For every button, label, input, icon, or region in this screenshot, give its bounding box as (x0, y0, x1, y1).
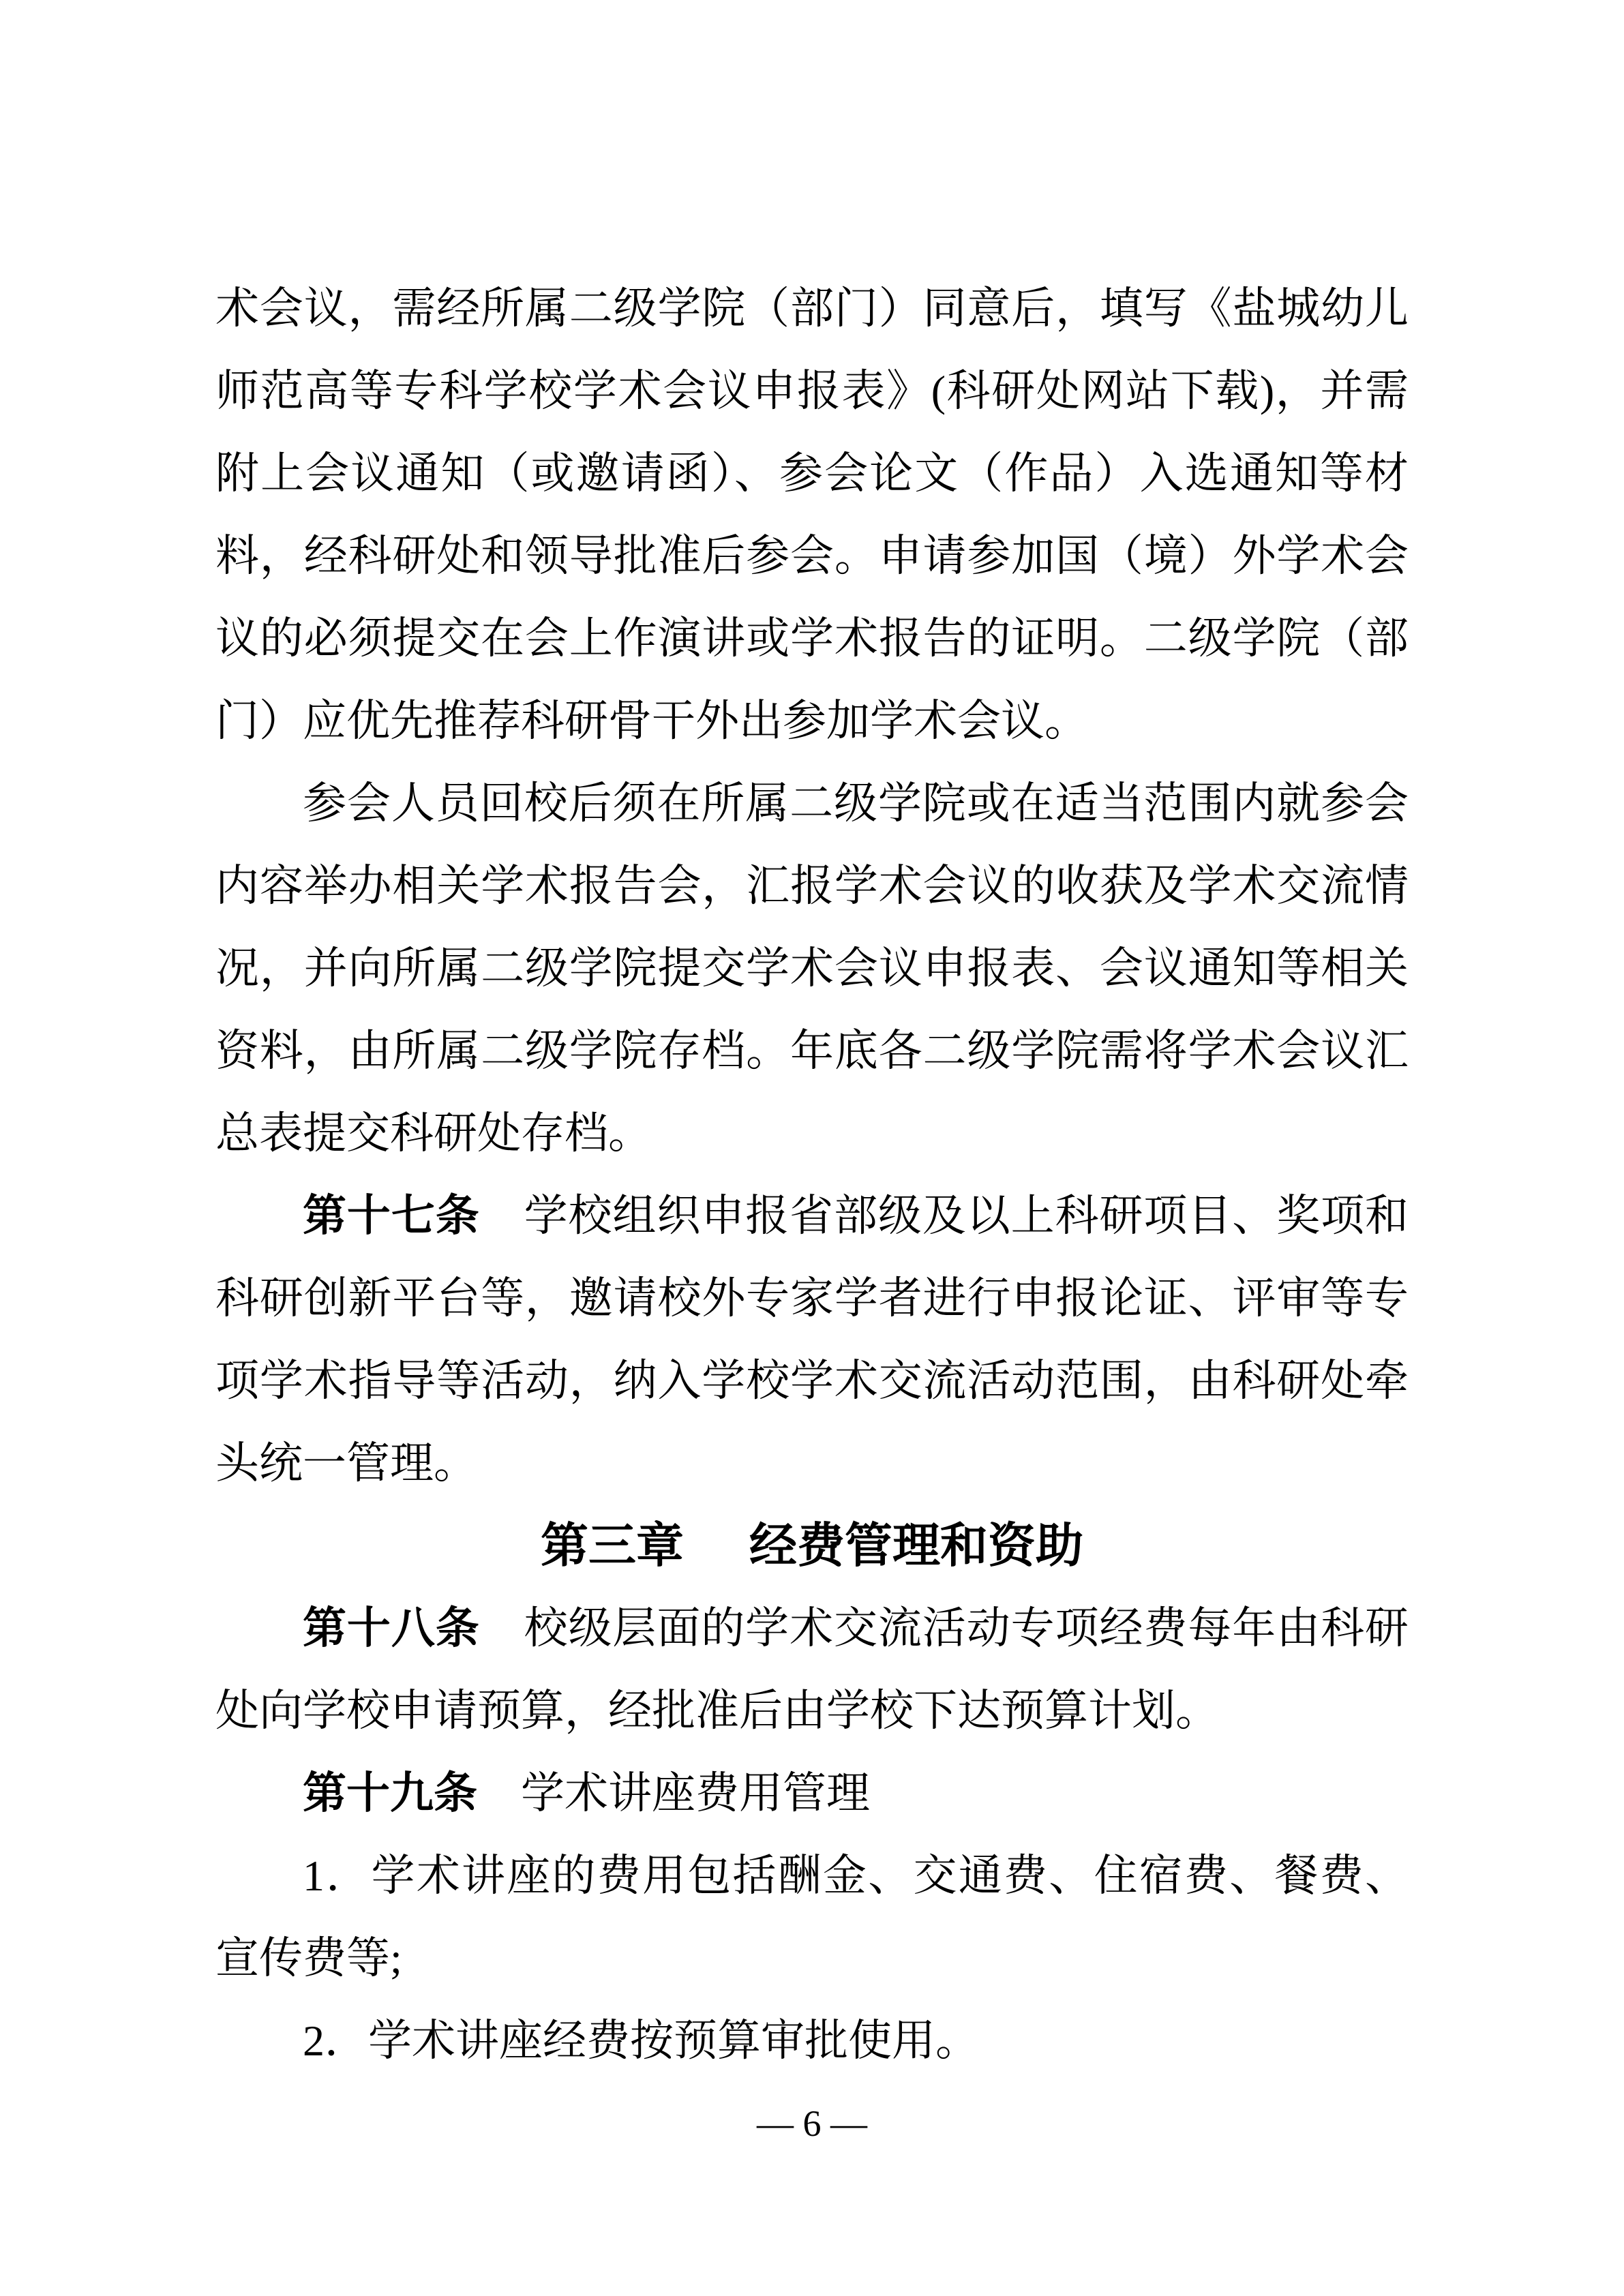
text-line: 1．学术讲座的费用包括酬金、交通费、住宿费、餐费、 (215, 1834, 1409, 1917)
text-line: 第十九条 学术讲座费用管理 (215, 1752, 1409, 1834)
text-line: 第十七条 学校组织申报省部级及以上科研项目、奖项和 (215, 1175, 1409, 1257)
chapter-heading: 第三章经费管理和资助 (215, 1505, 1409, 1587)
text-line: 第十八条 校级层面的学术交流活动专项经费每年由科研 (215, 1587, 1409, 1670)
document-page: 术会议，需经所属二级学院（部门）同意后，填写《盐城幼儿师范高等专科学校学术会议申… (0, 0, 1624, 2296)
document-body: 术会议，需经所属二级学院（部门）同意后，填写《盐城幼儿师范高等专科学校学术会议申… (215, 267, 1409, 2082)
text-line: 门）应优先推荐科研骨干外出参加学术会议。 (215, 680, 1409, 762)
text-line: 宣传费等; (215, 1917, 1409, 1999)
text-line: 处向学校申请预算，经批准后由学校下达预算计划。 (215, 1670, 1409, 1752)
page-number: — 6 — (757, 2103, 867, 2144)
text-line: 内容举办相关学术报告会，汇报学术会议的收获及学术交流情 (215, 845, 1409, 927)
text-line: 总表提交科研处存档。 (215, 1092, 1409, 1175)
text-line: 况，并向所属二级学院提交学术会议申报表、会议通知等相关 (215, 927, 1409, 1010)
text-line: 师范高等专科学校学术会议申报表》(科研处网站下载)，并需 (215, 350, 1409, 432)
chapter-title: 经费管理和资助 (749, 1505, 1083, 1587)
text-line: 2．学术讲座经费按预算审批使用。 (215, 1999, 1409, 2082)
page-footer: — 6 — (0, 2083, 1624, 2165)
text-line: 附上会议通知（或邀请函）、参会论文（作品）入选通知等材 (215, 432, 1409, 515)
text-line: 项学术指导等活动，纳入学校学术交流活动范围，由科研处牵 (215, 1340, 1409, 1422)
text-line: 资料，由所属二级学院存档。年底各二级学院需将学术会议汇 (215, 1010, 1409, 1092)
article-label: 第十八条 (303, 1603, 480, 1652)
article-label: 第十九条 (303, 1768, 477, 1817)
text-line: 参会人员回校后须在所属二级学院或在适当范围内就参会 (215, 762, 1409, 845)
text-line: 议的必须提交在会上作演讲或学术报告的证明。二级学院（部 (215, 597, 1409, 680)
text-line: 头统一管理。 (215, 1422, 1409, 1505)
text-line: 料，经科研处和领导批准后参会。申请参加国（境）外学术会 (215, 515, 1409, 597)
text-line: 术会议，需经所属二级学院（部门）同意后，填写《盐城幼儿 (215, 267, 1409, 350)
chapter-number: 第三章 (541, 1505, 684, 1587)
text-line: 科研创新平台等，邀请校外专家学者进行申报论证、评审等专 (215, 1257, 1409, 1340)
article-label: 第十七条 (303, 1191, 480, 1240)
